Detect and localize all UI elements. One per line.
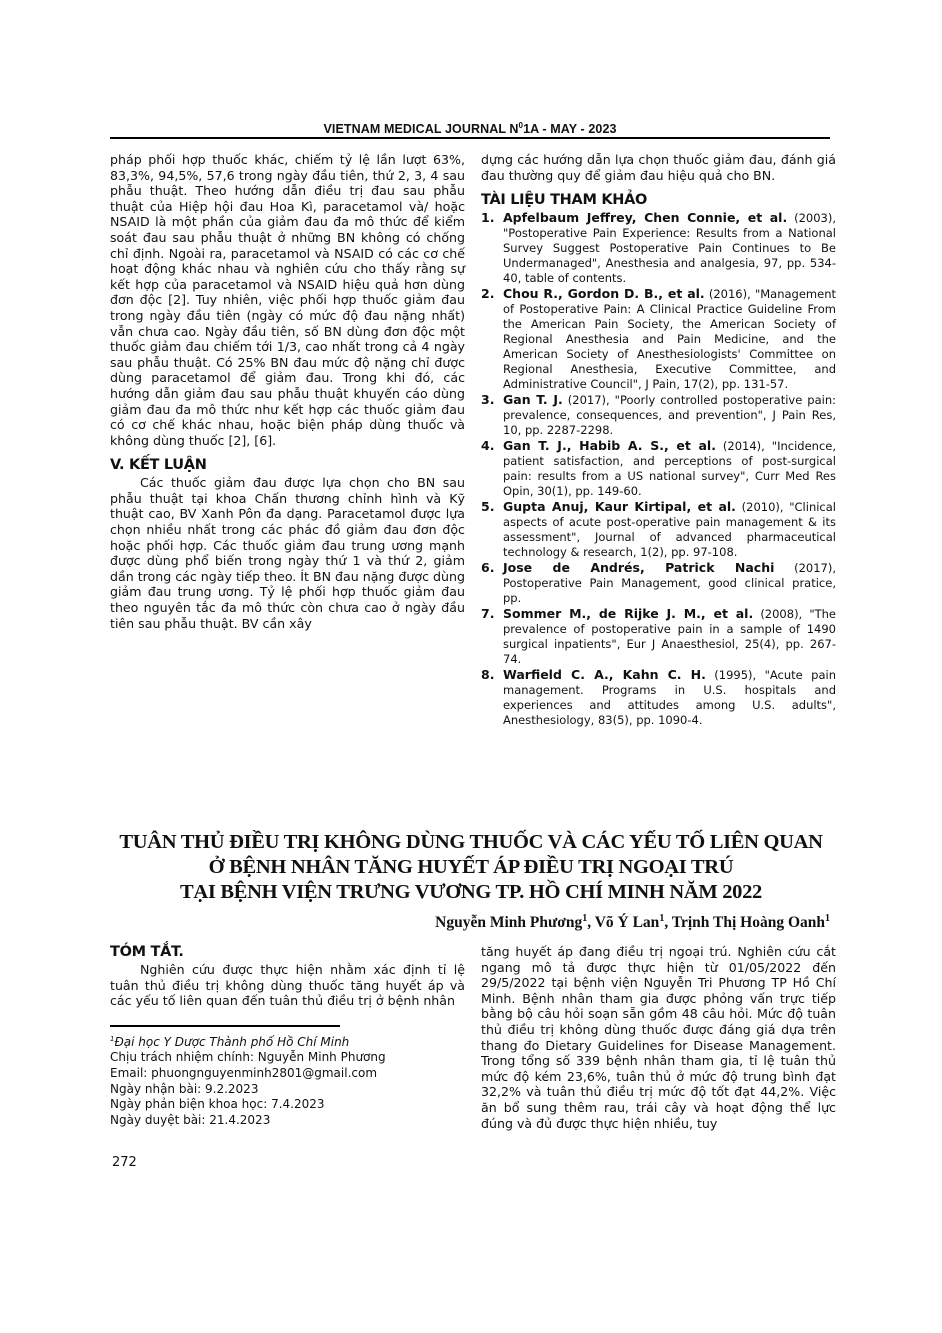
reference-item: 2. Chou R., Gordon D. B., et al. (2016),… (481, 286, 836, 392)
reference-number: 6. (481, 560, 503, 606)
new-article-left-column: TÓM TẮT. Nghiên cứu được thực hiện nhằm … (110, 943, 465, 1128)
page-number: 272 (112, 1155, 137, 1170)
footnotes: 1Đại học Y Dược Thành phố Hồ Chí Minh Ch… (110, 1032, 465, 1129)
corresponding-author: Chịu trách nhiệm chính: Nguyễn Minh Phươ… (110, 1050, 465, 1066)
reference-number: 2. (481, 286, 503, 392)
affiliation-footnote: 1Đại học Y Dược Thành phố Hồ Chí Minh (110, 1032, 465, 1051)
reference-item: 3. Gan T. J. (2017), "Poorly controlled … (481, 392, 836, 438)
journal-issue: 1A - MAY - 2023 (523, 122, 616, 136)
reference-number: 8. (481, 667, 503, 728)
author-name: Võ Ý Lan (595, 914, 660, 931)
author-name: Trịnh Thị Hoàng Oanh (672, 914, 825, 931)
reference-item: 6. Jose de Andrés, Patrick Nachi (2017),… (481, 560, 836, 606)
footnote-rule (110, 1025, 340, 1027)
date-received: Ngày nhận bài: 9.2.2023 (110, 1082, 465, 1098)
title-line: TUÂN THỦ ĐIỀU TRỊ KHÔNG DÙNG THUỐC VÀ CÁ… (100, 830, 842, 855)
discussion-paragraph: pháp phối hợp thuốc khác, chiếm tỷ lệ lầ… (110, 152, 465, 448)
reference-authors: Chou R., Gordon D. B., et al. (503, 286, 705, 301)
conclusion-heading: V. KẾT LUẬN (110, 456, 465, 474)
author-affiliation: 1 (825, 913, 830, 924)
reference-number: 5. (481, 499, 503, 560)
new-article-right-column: tăng huyết áp đang điều trị ngoại trú. N… (481, 944, 836, 1131)
previous-article-right-column: dựng các hướng dẫn lựa chọn thuốc giảm đ… (481, 152, 836, 728)
reference-authors: Jose de Andrés, Patrick Nachi (503, 560, 774, 575)
abstract-continuation: tăng huyết áp đang điều trị ngoại trú. N… (481, 944, 836, 1131)
journal-page: VIETNAM MEDICAL JOURNAL N01A - MAY - 202… (0, 0, 942, 1333)
reference-number: 4. (481, 438, 503, 499)
date-accepted: Ngày duyệt bài: 21.4.2023 (110, 1113, 465, 1129)
article-title: TUÂN THỦ ĐIỀU TRỊ KHÔNG DÙNG THUỐC VÀ CÁ… (100, 830, 842, 905)
reference-authors: Gupta Anuj, Kaur Kirtipal, et al. (503, 499, 736, 514)
email: Email: phuongnguyenminh2801@gmail.com (110, 1066, 465, 1082)
conclusion-continuation: dựng các hướng dẫn lựa chọn thuốc giảm đ… (481, 152, 836, 183)
abstract-paragraph: Nghiên cứu được thực hiện nhằm xác định … (110, 962, 465, 1009)
title-line: Ở BỆNH NHÂN TĂNG HUYẾT ÁP ĐIỀU TRỊ NGOẠI… (100, 855, 842, 880)
title-line: TẠI BỆNH VIỆN TRƯNG VƯƠNG TP. HỒ CHÍ MIN… (100, 880, 842, 905)
header-rule (110, 137, 830, 139)
reference-text: (2016), "Management of Postoperative Pai… (503, 287, 836, 391)
journal-name: VIETNAM MEDICAL JOURNAL N (323, 122, 518, 136)
date-reviewed: Ngày phản biện khoa học: 7.4.2023 (110, 1097, 465, 1113)
reference-number: 7. (481, 606, 503, 667)
reference-item: 8. Warfield C. A., Kahn C. H. (1995), "A… (481, 667, 836, 728)
author-separator: , (587, 914, 594, 931)
author-separator: , (664, 914, 671, 931)
running-header: VIETNAM MEDICAL JOURNAL N01A - MAY - 202… (110, 121, 830, 136)
abstract-heading: TÓM TẮT. (110, 943, 465, 961)
reference-authors: Gan T. J. (503, 392, 563, 407)
references-heading: TÀI LIỆU THAM KHẢO (481, 191, 836, 209)
reference-authors: Sommer M., de Rijke J. M., et al. (503, 606, 753, 621)
author-name: Nguyễn Minh Phương (435, 914, 582, 931)
reference-number: 3. (481, 392, 503, 438)
reference-item: 4. Gan T. J., Habib A. S., et al. (2014)… (481, 438, 836, 499)
conclusion-paragraph: Các thuốc giảm đau được lựa chọn cho BN … (110, 475, 465, 631)
reference-authors: Warfield C. A., Kahn C. H. (503, 667, 706, 682)
author-list: Nguyễn Minh Phương1, Võ Ý Lan1, Trịnh Th… (435, 913, 830, 932)
reference-item: 7. Sommer M., de Rijke J. M., et al. (20… (481, 606, 836, 667)
reference-list: 1. Apfelbaum Jeffrey, Chen Connie, et al… (481, 210, 836, 728)
reference-number: 1. (481, 210, 503, 286)
affiliation-text: Đại học Y Dược Thành phố Hồ Chí Minh (114, 1035, 349, 1049)
reference-authors: Apfelbaum Jeffrey, Chen Connie, et al. (503, 210, 787, 225)
previous-article-left-column: pháp phối hợp thuốc khác, chiếm tỷ lệ lầ… (110, 152, 465, 631)
reference-item: 1. Apfelbaum Jeffrey, Chen Connie, et al… (481, 210, 836, 286)
reference-authors: Gan T. J., Habib A. S., et al. (503, 438, 716, 453)
reference-item: 5. Gupta Anuj, Kaur Kirtipal, et al. (20… (481, 499, 836, 560)
